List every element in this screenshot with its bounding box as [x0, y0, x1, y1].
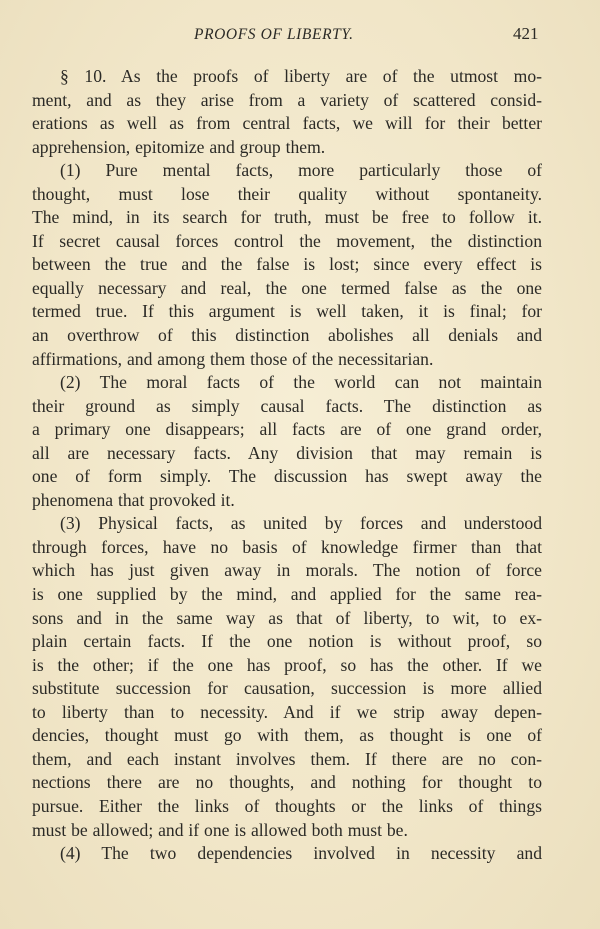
text-line: nections there are no thoughts, and noth…: [32, 771, 542, 795]
text-line: (1) Pure mental facts, more particularly…: [32, 159, 542, 183]
book-page: PROOFS OF LIBERTY. 421 § 10. As the proo…: [32, 20, 542, 46]
text-line: If secret causal forces control the move…: [32, 230, 542, 254]
page-number: 421: [513, 24, 539, 44]
text-line: thought, must lose their quality without…: [32, 183, 542, 207]
running-head: PROOFS OF LIBERTY. 421: [32, 20, 542, 46]
text-line: (4) The two dependencies involved in nec…: [32, 842, 542, 866]
text-line: all are necessary facts. Any division th…: [32, 442, 542, 466]
text-line: which has just given away in morals. The…: [32, 559, 542, 583]
text-line: ment, and as they arise from a variety o…: [32, 89, 542, 113]
paragraph-section-10: § 10. As the proofs of liberty are of th…: [32, 65, 542, 159]
body-text: § 10. As the proofs of liberty are of th…: [32, 65, 542, 866]
text-line: an overthrow of this distinction abolish…: [32, 324, 542, 348]
paragraph-point-1: (1) Pure mental facts, more particularly…: [32, 159, 542, 371]
text-line: (2) The moral facts of the world can not…: [32, 371, 542, 395]
text-line: between the true and the false is lost; …: [32, 253, 542, 277]
text-line: one of form simply. The discussion has s…: [32, 465, 542, 489]
text-line: to liberty than to necessity. And if we …: [32, 701, 542, 725]
text-line: phenomena that provoked it.: [32, 489, 542, 513]
text-line: apprehension, epitomize and group them.: [32, 136, 542, 160]
text-line: a primary one disappears; all facts are …: [32, 418, 542, 442]
text-line: § 10. As the proofs of liberty are of th…: [32, 65, 542, 89]
text-line: pursue. Either the links of thoughts or …: [32, 795, 542, 819]
text-line: dencies, thought must go with them, as t…: [32, 724, 542, 748]
text-line: is one supplied by the mind, and applied…: [32, 583, 542, 607]
text-line: affirmations, and among them those of th…: [32, 348, 542, 372]
running-title: PROOFS OF LIBERTY.: [194, 26, 354, 44]
text-line: equally necessary and real, the one term…: [32, 277, 542, 301]
text-line: through forces, have no basis of knowled…: [32, 536, 542, 560]
text-line: sons and in the same way as that of libe…: [32, 607, 542, 631]
text-line: (3) Physical facts, as united by forces …: [32, 512, 542, 536]
text-line: termed true. If this argument is well ta…: [32, 300, 542, 324]
paragraph-point-2: (2) The moral facts of the world can not…: [32, 371, 542, 512]
text-line: erations as well as from central facts, …: [32, 112, 542, 136]
paragraph-point-4: (4) The two dependencies involved in nec…: [32, 842, 542, 866]
text-line: must be allowed; and if one is allowed b…: [32, 819, 542, 843]
text-line: is the other; if the one has proof, so h…: [32, 654, 542, 678]
text-line: their ground as simply causal facts. The…: [32, 395, 542, 419]
paragraph-point-3: (3) Physical facts, as united by forces …: [32, 512, 542, 842]
text-line: them, and each instant involves them. If…: [32, 748, 542, 772]
text-line: The mind, in its search for truth, must …: [32, 206, 542, 230]
text-line: substitute succession for causation, suc…: [32, 677, 542, 701]
text-line: plain certain facts. If the one notion i…: [32, 630, 542, 654]
